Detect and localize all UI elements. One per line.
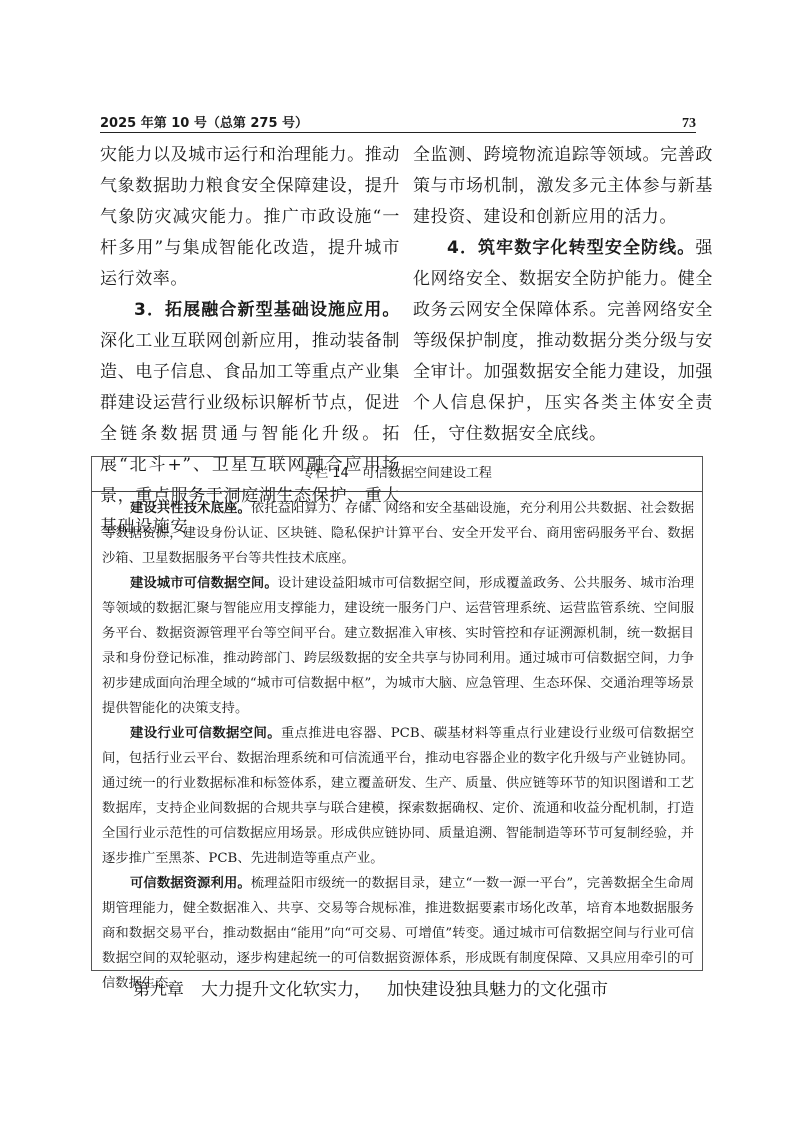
page-header: 2025 年第 10 号（总第 275 号） 73 [100,116,696,133]
right-column: 全监测、跨境物流追踪等领域。完善政策与市场机制，激发多元主体参与新基建投资、建设… [413,140,713,450]
paragraph: 全监测、跨境物流追踪等领域。完善政策与市场机制，激发多元主体参与新基建投资、建设… [413,140,713,233]
chapter-title-part2: 加快建设独具魅力的文化强市 [387,978,608,1002]
paragraph-body: 强化网络安全、数据安全防护能力。健全政务云网安全保障体系。完善网络安全等级保护制… [413,238,713,444]
box-title: 专栏 14 可信数据空间建设工程 [92,457,702,492]
paragraph: 灾能力以及城市运行和治理能力。推动气象数据助力粮食安全保障建设，提升气象防灾减灾… [100,140,400,295]
chapter-title-part1: 第九章 大力提升文化软实力， [133,978,371,1002]
box-item-body: 设计建设益阳城市可信数据空间，形成覆盖政务、公共服务、城市治理等领域的数据汇聚与… [102,576,694,716]
section-heading: 4．筑牢数字化转型安全防线。 [447,238,695,258]
box-item: 建设共性技术底座。依托益阳算力、存储、网络和安全基础设施，充分利用公共数据、社会… [102,496,694,571]
box-item-heading: 建设城市可信数据空间。 [130,576,278,591]
box-item-body: 梳理益阳市级统一的数据目录，建立“一数一源一平台”，完善数据全生命周期管理能力，… [102,876,694,991]
page-number: 73 [682,116,696,131]
box-body: 建设共性技术底座。依托益阳算力、存储、网络和安全基础设施，充分利用公共数据、社会… [92,492,702,996]
box-item: 建设城市可信数据空间。设计建设益阳城市可信数据空间，形成覆盖政务、公共服务、城市… [102,571,694,721]
paragraph: 4．筑牢数字化转型安全防线。强化网络安全、数据安全防护能力。健全政务云网安全保障… [413,233,713,450]
section-heading: 3．拓展融合新型基础设施应用。 [134,300,400,320]
issue-label: 2025 年第 10 号（总第 275 号） [100,116,308,131]
box-item-heading: 建设共性技术底座。 [130,501,251,516]
box-item: 建设行业可信数据空间。重点推进电容器、PCB、碳基材料等重点行业建设行业级可信数… [102,721,694,871]
box-item-body: 重点推进电容器、PCB、碳基材料等重点行业建设行业级可信数据空间，包括行业云平台… [102,726,694,866]
box-item-heading: 建设行业可信数据空间。 [130,726,281,741]
column-box: 专栏 14 可信数据空间建设工程 建设共性技术底座。依托益阳算力、存储、网络和安… [91,456,703,971]
box-item-heading: 可信数据资源利用。 [130,876,251,891]
